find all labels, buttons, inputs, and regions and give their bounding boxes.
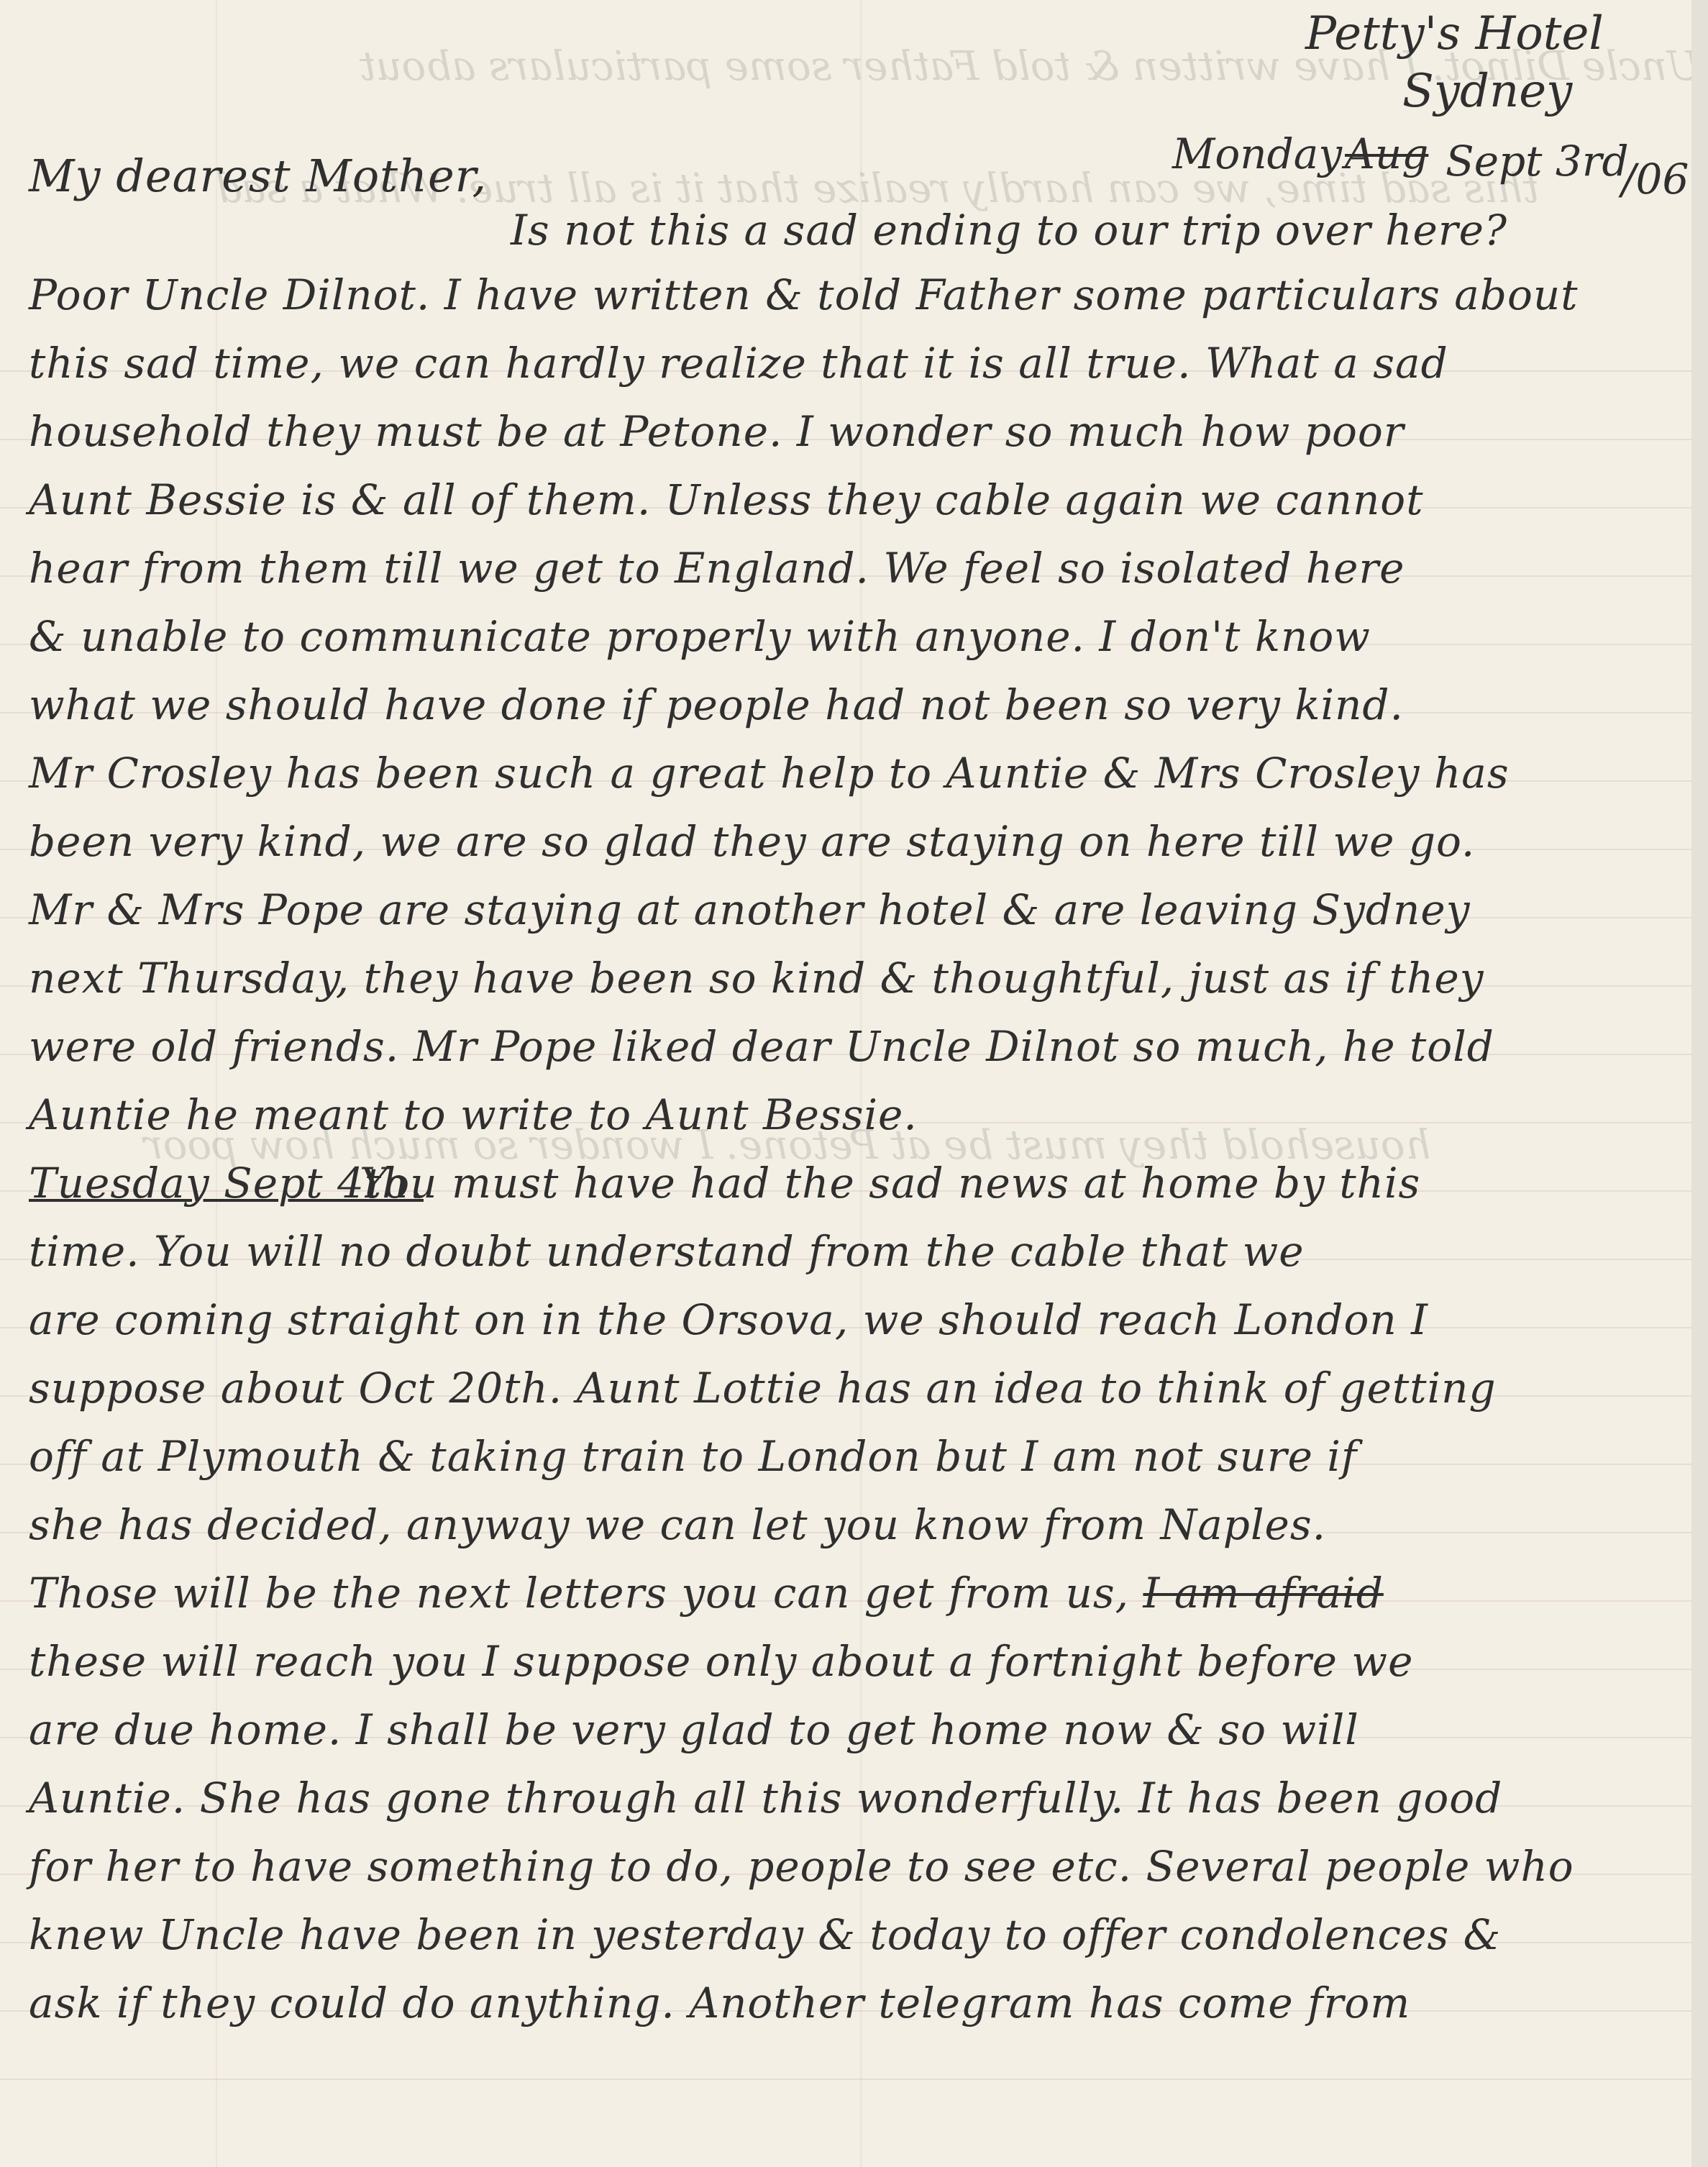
letter-line: hear from them till we get to England. W… [29,543,1405,593]
letter-line: for her to have something to do, people … [29,1841,1574,1892]
struck-out-text: I am afraid [1143,1569,1383,1618]
letter-line: been very kind, we are so glad they are … [29,816,1475,867]
letter-line: Mr Crosley has been such a great help to… [29,748,1510,798]
letter-line: next Thursday, they have been so kind & … [29,953,1484,1003]
letter-line: Auntie he meant to write to Aunt Bessie. [29,1090,918,1140]
letter-line: these will reach you I suppose only abou… [29,1636,1413,1687]
letter-line: household they must be at Petone. I wond… [29,406,1405,457]
letter-line: this sad time, we can hardly realize tha… [29,338,1448,388]
letter-line-text: Those will be the next letters you can g… [29,1569,1129,1618]
scan-edge [1691,0,1708,2167]
letter-line: Mr & Mrs Pope are staying at another hot… [29,885,1470,935]
letter-line: Poor Uncle Dilnot. I have written & told… [29,270,1579,320]
letter-line: were old friends. Mr Pope liked dear Unc… [29,1021,1494,1072]
letter-line: Is not this a sad ending to our trip ove… [511,205,1507,255]
letter-line: knew Uncle have been in yesterday & toda… [29,1910,1501,1960]
place-line-city: Sydney [1402,65,1572,118]
ruled-line [0,2079,1691,2080]
letter-line: off at Plymouth & taking train to London… [29,1431,1357,1482]
letter-line: & unable to communicate properly with an… [29,611,1371,662]
salutation: My dearest Mother, [29,151,487,201]
letter-page: Poor Uncle Dilnot. I have written & told… [0,0,1691,2167]
place-line-hotel: Petty's Hotel [1305,7,1604,60]
date-weekday: Monday [1172,129,1342,178]
date-year: /06 [1622,155,1689,204]
letter-line-continuation: You must have had the sad news at home b… [360,1158,1420,1208]
letter-line: are due home. I shall be very glad to ge… [29,1705,1359,1755]
date-month-day: Sept 3rd [1446,137,1629,186]
letter-line: time. You will no doubt understand from … [29,1226,1305,1277]
letter-line: suppose about Oct 20th. Aunt Lottie has … [29,1363,1497,1413]
letter-line: are coming straight on in the Orsova, we… [29,1295,1428,1345]
letter-line: she has decided, anyway we can let you k… [29,1500,1326,1550]
letter-line: Auntie. She has gone through all this wo… [29,1773,1502,1823]
letter-line-with-strike: Those will be the next letters you can g… [29,1568,1384,1618]
letter-line: what we should have done if people had n… [29,680,1404,730]
letter-line: ask if they could do anything. Another t… [29,1978,1410,2028]
letter-line: Aunt Bessie is & all of them. Unless the… [29,475,1424,525]
date-struck-month: Aug [1345,129,1428,178]
